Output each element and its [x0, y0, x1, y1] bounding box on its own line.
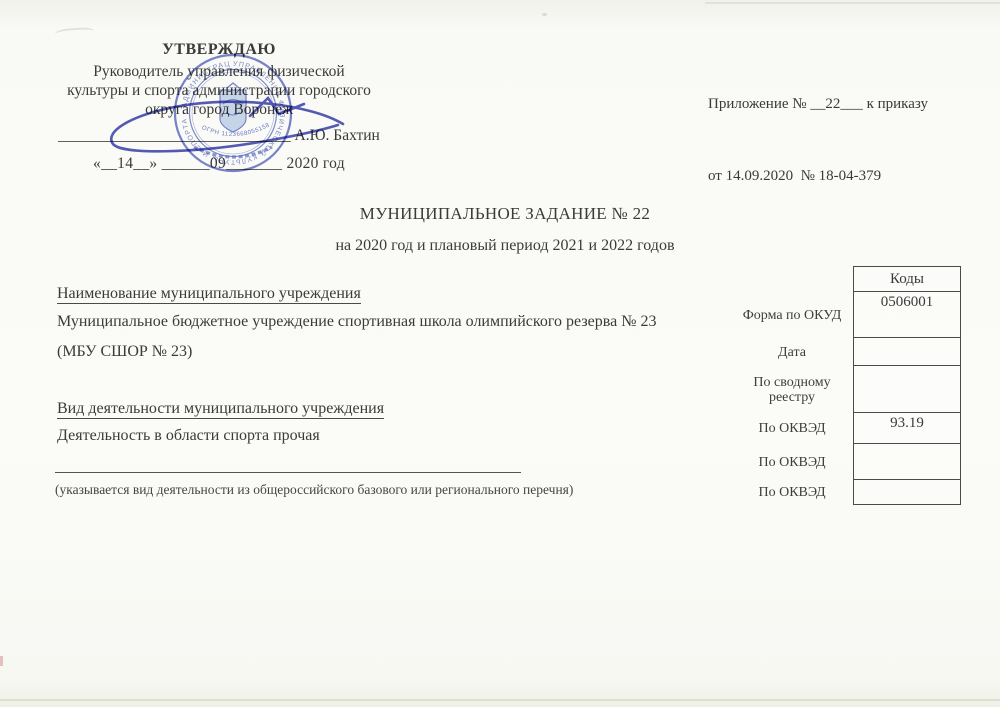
activity-heading: Вид деятельности муниципального учрежден…	[57, 400, 384, 418]
scanned-document-page: { "approval": { "title": "УТВЕРЖДАЮ", "l…	[0, 0, 1000, 707]
activity-note: (указывается вид деятельности из общерос…	[55, 482, 573, 498]
table-row-okud: Форма по ОКУД 0506001	[735, 292, 961, 338]
org-name-heading: Наименование муниципального учреждения	[57, 285, 361, 303]
table-row-date: Дата	[735, 338, 961, 366]
scan-edge-artifact-top	[705, 2, 1000, 4]
annex-line2: от 14.09.2020 № 18-04-379	[708, 164, 928, 188]
document-title: МУНИЦИПАЛЬНОЕ ЗАДАНИЕ № 22	[255, 204, 755, 224]
annex-line1: Приложение № __22___ к приказу	[708, 92, 928, 116]
table-row-registry: По сводному реестру	[735, 366, 961, 413]
document-title-block: МУНИЦИПАЛЬНОЕ ЗАДАНИЕ № 22 на 2020 год и…	[255, 204, 755, 255]
activity-fill-line	[55, 472, 521, 473]
table-row-okved3: По ОКВЭД	[735, 480, 961, 505]
codes-header-row: Коды	[735, 266, 961, 292]
org-name-value: Муниципальное бюджетное учреждение спорт…	[57, 313, 656, 331]
table-row-okved2: По ОКВЭД	[735, 444, 961, 480]
table-row-okved1: По ОКВЭД 93.19	[735, 413, 961, 444]
document-subtitle: на 2020 год и плановый период 2021 и 202…	[255, 237, 755, 255]
activity-value: Деятельность в области спорта прочая	[57, 427, 320, 445]
scan-speck-artifact	[542, 13, 547, 16]
handwritten-signature	[100, 84, 355, 172]
codes-header-cell: Коды	[853, 266, 961, 292]
annex-reference-block: Приложение № __22___ к приказу от 14.09.…	[708, 44, 928, 212]
codes-table: Коды Форма по ОКУД 0506001 Дата По сводн…	[735, 266, 961, 505]
codes-header-spacer	[735, 266, 853, 292]
scan-edge-artifact-left	[0, 656, 3, 666]
org-short-name: (МБУ СШОР № 23)	[57, 343, 192, 361]
scan-edge-artifact-bottom	[0, 699, 1000, 701]
